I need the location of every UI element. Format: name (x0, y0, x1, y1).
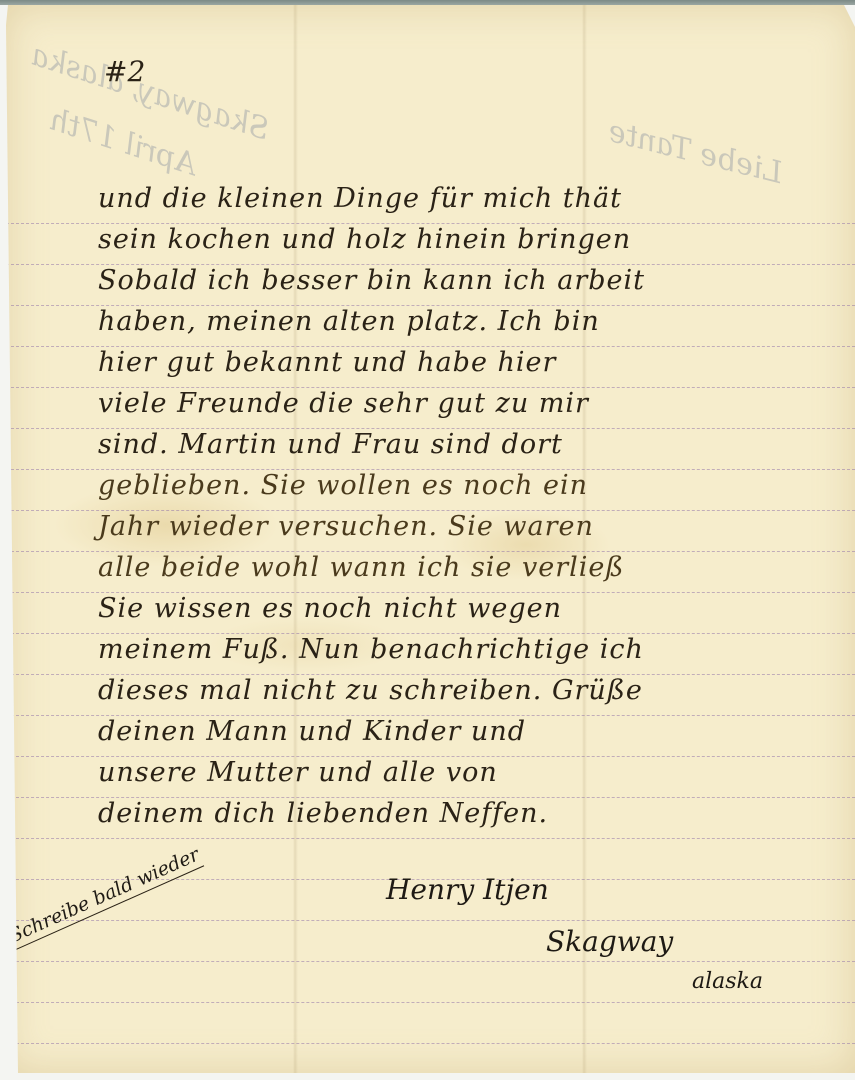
bleed-through-place: Skagway, alaska (27, 37, 274, 147)
letter-line: meinem Fuß. Nun benachrichtige ich (98, 634, 644, 665)
letter-line: sein kochen und holz hinein bringen (98, 224, 631, 255)
letter-line: Sie wissen es noch nicht wegen (98, 593, 562, 624)
letter-line: dieses mal nicht zu schreiben. Grüße (98, 675, 643, 706)
ruled-line (6, 920, 855, 921)
ruled-line (6, 1002, 855, 1003)
ruled-line (6, 838, 855, 839)
letter-line: viele Freunde die sehr gut zu mir (98, 388, 589, 419)
scanner-edge (0, 0, 855, 5)
signature-region: alaska (692, 969, 763, 994)
letter-line: sind. Martin und Frau sind dort (98, 429, 563, 460)
ruled-line (6, 961, 855, 962)
page-number: #2 (104, 55, 145, 88)
letter-line: hier gut bekannt und habe hier (98, 347, 556, 378)
letter-line: Sobald ich besser bin kann ich arbeit (98, 265, 645, 296)
bleed-through-date: April 17th (44, 102, 201, 183)
signature-place: Skagway (546, 925, 673, 958)
letter-line: Jahr wieder versuchen. Sie waren (98, 511, 594, 542)
letter-line: alle beide wohl wann ich sie verließ (98, 552, 624, 583)
letter-line: haben, meinen alten platz. Ich bin (98, 306, 600, 337)
signature-name: Henry Itjen (386, 873, 549, 906)
postscript: Schreibe bald wieder (6, 844, 204, 950)
letter-line: und die kleinen Dinge für mich thät (98, 183, 622, 214)
bleed-through-salutation: Liebe Tante (604, 114, 786, 191)
letter-paper: Skagway, alaska April 17th Liebe Tante #… (6, 5, 855, 1073)
letter-line: geblieben. Sie wollen es noch ein (98, 470, 588, 501)
letter-line: deinem dich liebenden Neffen. (98, 798, 548, 829)
ruled-line (6, 1043, 855, 1044)
letter-line: unsere Mutter und alle von (98, 757, 498, 788)
letter-line: deinen Mann und Kinder und (98, 716, 526, 747)
scanned-letter: Skagway, alaska April 17th Liebe Tante #… (0, 0, 855, 1080)
